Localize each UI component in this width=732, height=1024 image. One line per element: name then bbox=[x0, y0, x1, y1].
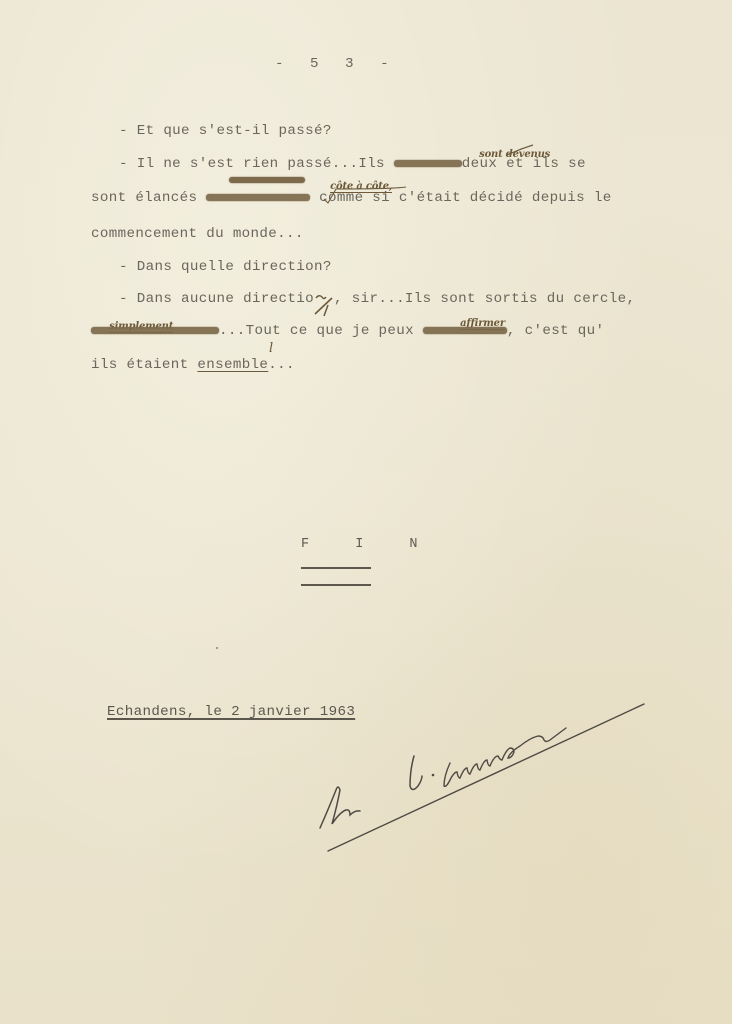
struck-out-word bbox=[91, 327, 219, 334]
text-segment: ...Tout ce que je peux bbox=[219, 323, 423, 339]
handwritten-correction-l: l bbox=[269, 342, 273, 355]
text-segment: sont élancés bbox=[91, 190, 206, 206]
handwritten-n-correction-icon bbox=[312, 292, 336, 318]
paragraph-answer-2-line-1: - Dans aucune directio, sir...Ils sont s… bbox=[119, 292, 635, 306]
fin-rule-top bbox=[301, 567, 371, 569]
page-number: - 5 3 - bbox=[275, 57, 398, 71]
struck-out-word bbox=[206, 194, 310, 201]
paper-speck bbox=[216, 647, 218, 649]
struck-out-word bbox=[394, 160, 462, 167]
handwritten-stroke-icon bbox=[505, 143, 535, 157]
paragraph-answer-1-line-3: commencement du monde... bbox=[91, 227, 304, 241]
text-segment: - Dans aucune directio bbox=[119, 291, 314, 307]
document-page: - 5 3 - - Et que s'est-il passé? sont de… bbox=[0, 0, 732, 1024]
text-segment: comme si c'était décidé depuis le bbox=[319, 190, 612, 206]
paragraph-question-2: - Dans quelle direction? bbox=[119, 260, 332, 274]
struck-out-word-above bbox=[229, 177, 305, 183]
text-segment: - Il ne s'est rien passé...Ils bbox=[119, 156, 394, 172]
fin-rule-bottom bbox=[301, 584, 371, 586]
paragraph-answer-1-line-1: - Il ne s'est rien passé...Ils deux et i… bbox=[119, 157, 586, 171]
text-segment: deux et ils se bbox=[462, 156, 586, 172]
ending-fin: F I N bbox=[301, 538, 437, 552]
text-segment: ... bbox=[268, 357, 295, 373]
signature-icon bbox=[310, 698, 650, 853]
struck-out-word bbox=[423, 327, 507, 334]
paragraph-answer-1-line-2: sont élancés comme si c'était décidé dep… bbox=[91, 191, 612, 205]
paragraph-answer-2-line-2: ...Tout ce que je peux , c'est qu' bbox=[91, 324, 604, 338]
underlined-word: ensemble bbox=[197, 357, 268, 373]
text-segment: , sir...Ils sont sortis du cercle, bbox=[334, 291, 635, 307]
text-segment: ils étaient bbox=[91, 357, 197, 373]
paragraph-question-1: - Et que s'est-il passé? bbox=[119, 124, 332, 138]
paragraph-answer-2-line-3: ils étaient ensemble... bbox=[91, 358, 295, 372]
text-segment: , c'est qu' bbox=[507, 323, 605, 339]
